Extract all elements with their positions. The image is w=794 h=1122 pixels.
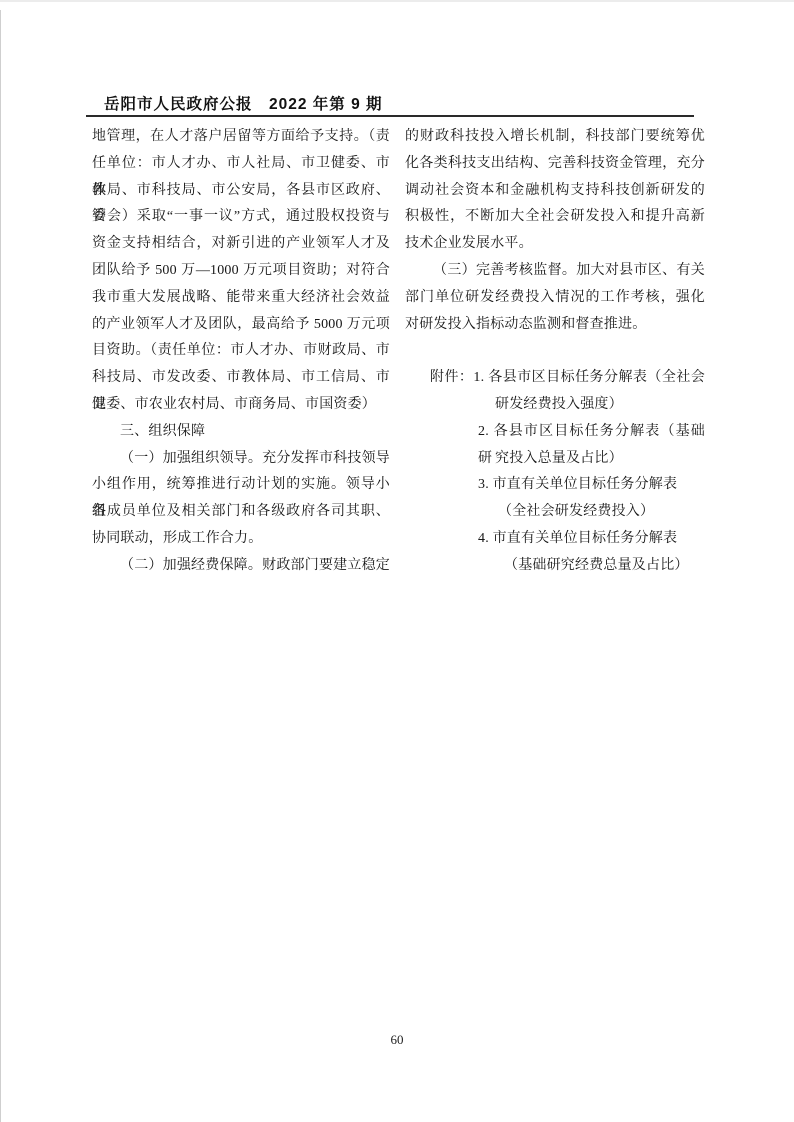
text-line: 目资助。（责任单位：市人才办、市财政局、市 <box>92 338 390 365</box>
blank-line <box>405 338 705 365</box>
text-line: 部门单位研发经费投入情况的工作考核，强化 <box>405 285 705 312</box>
header-rule <box>86 115 694 117</box>
text-line: 小组作用，统筹推进行动计划的实施。领导小组 <box>92 472 390 499</box>
text-line: 科技局、市发改委、市教体局、市工信局、市卫 <box>92 365 390 392</box>
text-line: 2. 各县市区目标任务分解表（基础研 <box>405 419 705 446</box>
text-line: 地管理，在人才落户居留等方面给予支持。（责 <box>92 124 390 151</box>
text-line: 协同联动，形成工作合力。 <box>92 526 390 553</box>
page-number: 60 <box>0 1032 794 1048</box>
text-line: （基础研究经费总量及占比） <box>405 553 705 580</box>
text-line: 任单位：市人才办、市人社局、市卫健委、市教 <box>92 151 390 178</box>
document-page: 岳阳市人民政府公报 2022 年第 9 期 地管理，在人才落户居留等方面给予支持… <box>0 0 794 1122</box>
gazette-header-title: 岳阳市人民政府公报 2022 年第 9 期 <box>104 92 383 114</box>
text-line: 技术企业发展水平。 <box>405 231 705 258</box>
text-line: 我市重大发展战略、能带来重大经济社会效益 <box>92 285 390 312</box>
text-line: （三）完善考核监督。加大对县市区、有关 <box>405 258 705 285</box>
text-line: 积极性，不断加大全社会研发投入和提升高新 <box>405 204 705 231</box>
text-line: 的财政科技投入增长机制，科技部门要统筹优 <box>405 124 705 151</box>
text-line: 健委、市农业农村局、市商务局、市国资委） <box>92 392 390 419</box>
text-line: 调动社会资本和金融机构支持科技创新研发的 <box>405 178 705 205</box>
scan-edge-artifact <box>0 10 1 1122</box>
text-line: 的产业领军人才及团队，最高给予 5000 万元项 <box>92 312 390 339</box>
text-line: 各成员单位及相关部门和各级政府各司其职、 <box>92 499 390 526</box>
text-line: 三、组织保障 <box>92 419 390 446</box>
text-line: 资金支持相结合，对新引进的产业领军人才及 <box>92 231 390 258</box>
text-line: 4. 市直有关单位目标任务分解表 <box>405 526 705 553</box>
text-line: 3. 市直有关单位目标任务分解表 <box>405 472 705 499</box>
text-line: 化各类科技支出结构、完善科技资金管理，充分 <box>405 151 705 178</box>
text-line: （二）加强经费保障。财政部门要建立稳定 <box>92 553 390 580</box>
text-line: 委会）采取“一事一议”方式，通过股权投资与 <box>92 204 390 231</box>
text-line: 体局、市科技局、市公安局，各县市区政府、管 <box>92 178 390 205</box>
text-line: （一）加强组织领导。充分发挥市科技领导 <box>92 446 390 473</box>
text-line: 究投入总量及占比） <box>405 446 705 473</box>
text-line: 研发经费投入强度） <box>405 392 705 419</box>
text-line: 对研发投入指标动态监测和督查推进。 <box>405 312 705 339</box>
text-line: 附件：1. 各县市区目标任务分解表（全社会 <box>405 365 705 392</box>
left-text-column: 地管理，在人才落户居留等方面给予支持。（责任单位：市人才办、市人社局、市卫健委、… <box>92 124 390 580</box>
text-line: 团队给予 500 万—1000 万元项目资助；对符合 <box>92 258 390 285</box>
text-line: （全社会研发经费投入） <box>405 499 705 526</box>
right-text-column: 的财政科技投入增长机制，科技部门要统筹优化各类科技支出结构、完善科技资金管理，充… <box>405 124 705 580</box>
